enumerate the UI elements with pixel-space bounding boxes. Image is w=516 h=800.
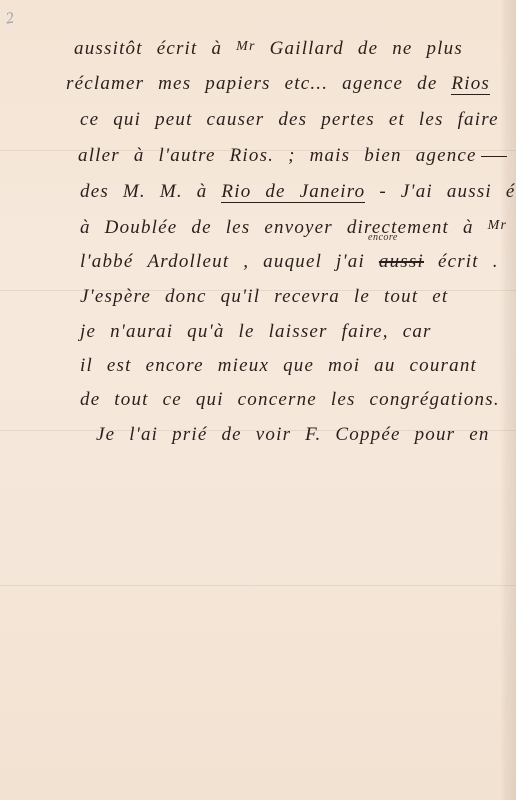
word: des [278, 109, 307, 131]
underlined-word-rios: Rios [451, 74, 490, 95]
word: pour [415, 424, 456, 446]
word: F. Coppée [305, 424, 401, 446]
word: je [80, 321, 96, 343]
word: agence [342, 73, 403, 95]
word: peut [155, 109, 193, 131]
word: concerne [238, 389, 317, 411]
letter-line-9: je n'aurai qu'à le laisser faire, car [0, 321, 516, 351]
word: voir [256, 424, 291, 446]
word: Doublée [105, 217, 178, 239]
word: Mr [488, 218, 508, 234]
word: Mr [236, 39, 256, 55]
letter-line-1: aussitôt écrit à Mr Gaillard de ne plus [0, 38, 516, 68]
word: J'espère [80, 286, 151, 308]
word: le [239, 321, 255, 343]
word: aussi [447, 181, 492, 203]
word: et [389, 109, 405, 131]
word: - [379, 181, 387, 203]
word: et [432, 286, 448, 308]
letter-line-12: Je l'ai prié de voir F. Coppée pour en [0, 424, 516, 454]
word: à [211, 38, 222, 60]
word: écrit [157, 38, 198, 60]
word: écrit [506, 181, 516, 203]
word: à [463, 217, 474, 239]
trailing-dash [481, 156, 507, 157]
word: encore [146, 355, 204, 377]
word: aussitôt [74, 38, 143, 60]
word: recevra [274, 286, 340, 308]
word: en [469, 424, 489, 446]
word: au courant [374, 355, 477, 377]
word: réclamer [66, 73, 144, 95]
word: papiers [205, 73, 270, 95]
word: de ne plus [358, 38, 463, 60]
word: est [107, 355, 132, 377]
letter-line-2: réclamer mes papiers etc... agence de Ri… [0, 73, 516, 103]
word: de [221, 424, 241, 446]
word: de [80, 389, 100, 411]
word: Gaillard [270, 38, 344, 60]
word: bien [364, 145, 402, 167]
word: Je [96, 424, 115, 446]
word: envoyer [264, 217, 333, 239]
word: l'autre Rios. [159, 145, 275, 167]
letter-line-8: J'espère donc qu'il recevra le tout et [0, 286, 516, 316]
word: congrégations. [370, 389, 500, 411]
underlined-rio-de-janeiro: Rio de Janeiro [221, 182, 365, 203]
word: de [417, 73, 437, 95]
word: ce qui [80, 109, 141, 131]
word: mieux [218, 355, 269, 377]
word: J'ai [401, 181, 433, 203]
word: donc [165, 286, 207, 308]
word: mes [158, 73, 191, 95]
word: moi [328, 355, 360, 377]
word: les [419, 109, 444, 131]
letter-line-10: il est encore mieux que moi au courant [0, 355, 516, 385]
word: tout [114, 389, 148, 411]
word: des [80, 181, 109, 203]
word: de [191, 217, 211, 239]
page-number: 2 [4, 9, 15, 28]
word: à [80, 217, 91, 239]
word: laisser [269, 321, 328, 343]
word: faire, [342, 321, 389, 343]
word: faire [458, 109, 499, 131]
word: à [134, 145, 145, 167]
word: les [331, 389, 356, 411]
inserted-word-encore: encore [368, 232, 398, 243]
letter-line-5: des M. M. à Rio de Janeiro - J'ai aussi … [0, 181, 516, 211]
word: les [226, 217, 251, 239]
word: prié [172, 424, 207, 446]
word: qu'à [187, 321, 224, 343]
word: causer [207, 109, 265, 131]
letter-line-8-placeholder [0, 253, 516, 283]
word: pertes [321, 109, 375, 131]
letter-page: 2 aussitôt écrit à Mr Gaillard de ne plu… [0, 0, 516, 800]
word: etc... [285, 73, 329, 95]
word: le [354, 286, 370, 308]
letter-line-6: à Doublée de les envoyer directement à M… [0, 217, 516, 247]
word: qu'il [221, 286, 261, 308]
word: aller [78, 145, 120, 167]
letter-line-3: ce qui peut causer des pertes et les fai… [0, 109, 516, 139]
letter-line-11: de tout ce qui concerne les congrégation… [0, 389, 516, 419]
word: que [283, 355, 314, 377]
word: M. M. à [123, 181, 208, 203]
word: car [403, 321, 432, 343]
word: tout [384, 286, 418, 308]
word: n'aurai [110, 321, 173, 343]
word: ; [288, 145, 296, 167]
paper-fold-line [0, 585, 516, 586]
letter-line-4: aller à l'autre Rios. ; mais bien agence [0, 145, 516, 175]
word: il [80, 355, 93, 377]
word: l'ai [129, 424, 158, 446]
word: agence [416, 145, 477, 167]
word: ce qui [163, 389, 224, 411]
word: mais [310, 145, 351, 167]
